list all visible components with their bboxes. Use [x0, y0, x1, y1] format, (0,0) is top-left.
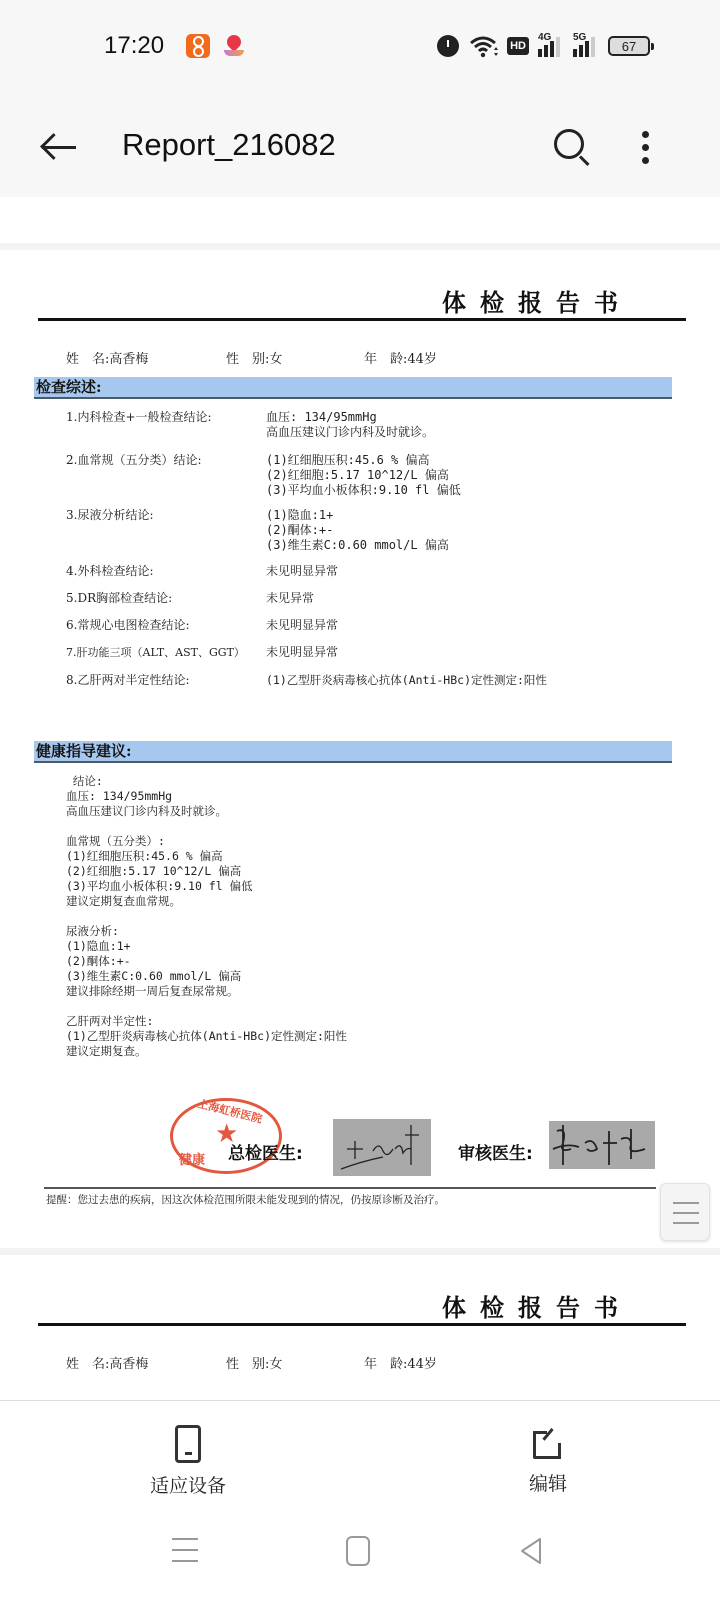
wifi-icon [468, 34, 498, 58]
fit-device-button[interactable]: 适应设备 [128, 1425, 248, 1505]
report-title: 体检报告书 [442, 1288, 632, 1323]
drag-handle-icon [673, 1202, 699, 1204]
summary-item: 3.尿液分析结论: (1)隐血:1+ (2)酮体:+- (3)维生素C:0.60… [66, 508, 449, 553]
report-page-2: 体检报告书 姓 名:高香梅 性 别:女 年 龄:44岁 [0, 1255, 720, 1400]
system-icons: HD 4G 5G 67 [437, 34, 650, 58]
title-rule [38, 318, 686, 321]
patient-info: 姓 名:高香梅 性 别:女 年 龄:44岁 [66, 348, 437, 367]
footer-rule [44, 1187, 656, 1189]
kuaishou-app-icon [186, 34, 210, 58]
title-rule [38, 1323, 686, 1326]
status-time: 17:20 [104, 32, 164, 60]
chief-doctor-label: 总检医生: [228, 1139, 303, 1164]
location-app-icon [222, 34, 246, 58]
alarm-icon [437, 34, 459, 58]
more-options-button[interactable] [636, 125, 656, 169]
fast-scroll-handle[interactable] [660, 1183, 710, 1241]
patient-age: 44岁 [407, 348, 437, 367]
back-triangle-icon [518, 1536, 544, 1566]
patient-name: 高香梅 [109, 1353, 148, 1372]
patient-name: 高香梅 [109, 348, 148, 367]
status-bar: 17:20 HD 4G 5G 67 [0, 0, 720, 95]
edit-button[interactable]: 编辑 [488, 1425, 608, 1505]
patient-gender: 女 [269, 348, 282, 367]
patient-age: 44岁 [407, 1353, 437, 1372]
more-vertical-icon [642, 131, 649, 138]
summary-item: 4.外科检查结论: 未见明显异常 [66, 564, 338, 579]
reviewer-signature [549, 1121, 655, 1169]
recent-apps-button[interactable] [172, 1536, 198, 1564]
bottom-toolbar: 适应设备 编辑 [0, 1400, 720, 1510]
system-nav-bar [0, 1510, 720, 1600]
edit-icon [533, 1429, 563, 1461]
patient-gender: 女 [269, 1353, 282, 1372]
summary-item: 8.乙肝两对半定性结论: (1)乙型肝炎病毒核心抗体(Anti-HBc)定性测定… [66, 673, 547, 688]
report-page-1: 体检报告书 姓 名:高香梅 性 别:女 年 龄:44岁 检查综述: 1.内科检查… [0, 250, 720, 1248]
patient-info: 姓 名:高香梅 性 别:女 年 龄:44岁 [66, 1353, 437, 1372]
signal-5g-icon: 5G [573, 35, 599, 57]
summary-item: 2.血常规（五分类）结论: (1)红细胞压积:45.6 % 偏高 (2)红细胞:… [66, 453, 461, 498]
summary-item: 1.内科检查+一般检查结论: 血压: 134/95mmHg 高血压建议门诊内科及… [66, 410, 434, 440]
battery-icon: 67 [608, 34, 650, 58]
back-nav-button[interactable] [518, 1536, 544, 1566]
reviewer-label: 审核医生: [458, 1139, 533, 1164]
chief-doctor-signature [333, 1119, 431, 1176]
hd-voice-icon: HD [507, 34, 529, 58]
health-advice-section-header: 健康指导建议: [34, 741, 672, 763]
search-button[interactable] [550, 125, 594, 169]
phone-icon [175, 1425, 201, 1463]
app-bar: Report_216082 [0, 95, 720, 197]
previous-page-tail [0, 197, 720, 243]
home-button[interactable] [346, 1536, 370, 1566]
back-button[interactable] [38, 125, 82, 169]
summary-item: 5.DR胸部检查结论: 未见异常 [66, 591, 314, 606]
reminder-text: 提醒：您过去患的疾病，因这次体检范围所限未能发现到的情况，仍按原诊断及治疗。 [46, 1192, 445, 1207]
search-icon [554, 129, 584, 159]
recent-apps-icon [172, 1538, 198, 1540]
summary-section-header: 检查综述: [34, 377, 672, 399]
document-viewer[interactable]: 体检报告书 姓 名:高香梅 性 别:女 年 龄:44岁 检查综述: 1.内科检查… [0, 197, 720, 1400]
document-title: Report_216082 [122, 127, 336, 163]
signal-4g-icon: 4G [538, 35, 564, 57]
report-title: 体检报告书 [442, 283, 632, 318]
summary-item: 6.常规心电图检查结论: 未见明显异常 [66, 618, 338, 633]
summary-item: 7.肝功能三项（ALT、AST、GGT） 未见明显异常 [66, 645, 338, 660]
health-advice-text: 结论: 血压: 134/95mmHg 高血压建议门诊内科及时就诊。 血常规（五分… [66, 774, 347, 1059]
